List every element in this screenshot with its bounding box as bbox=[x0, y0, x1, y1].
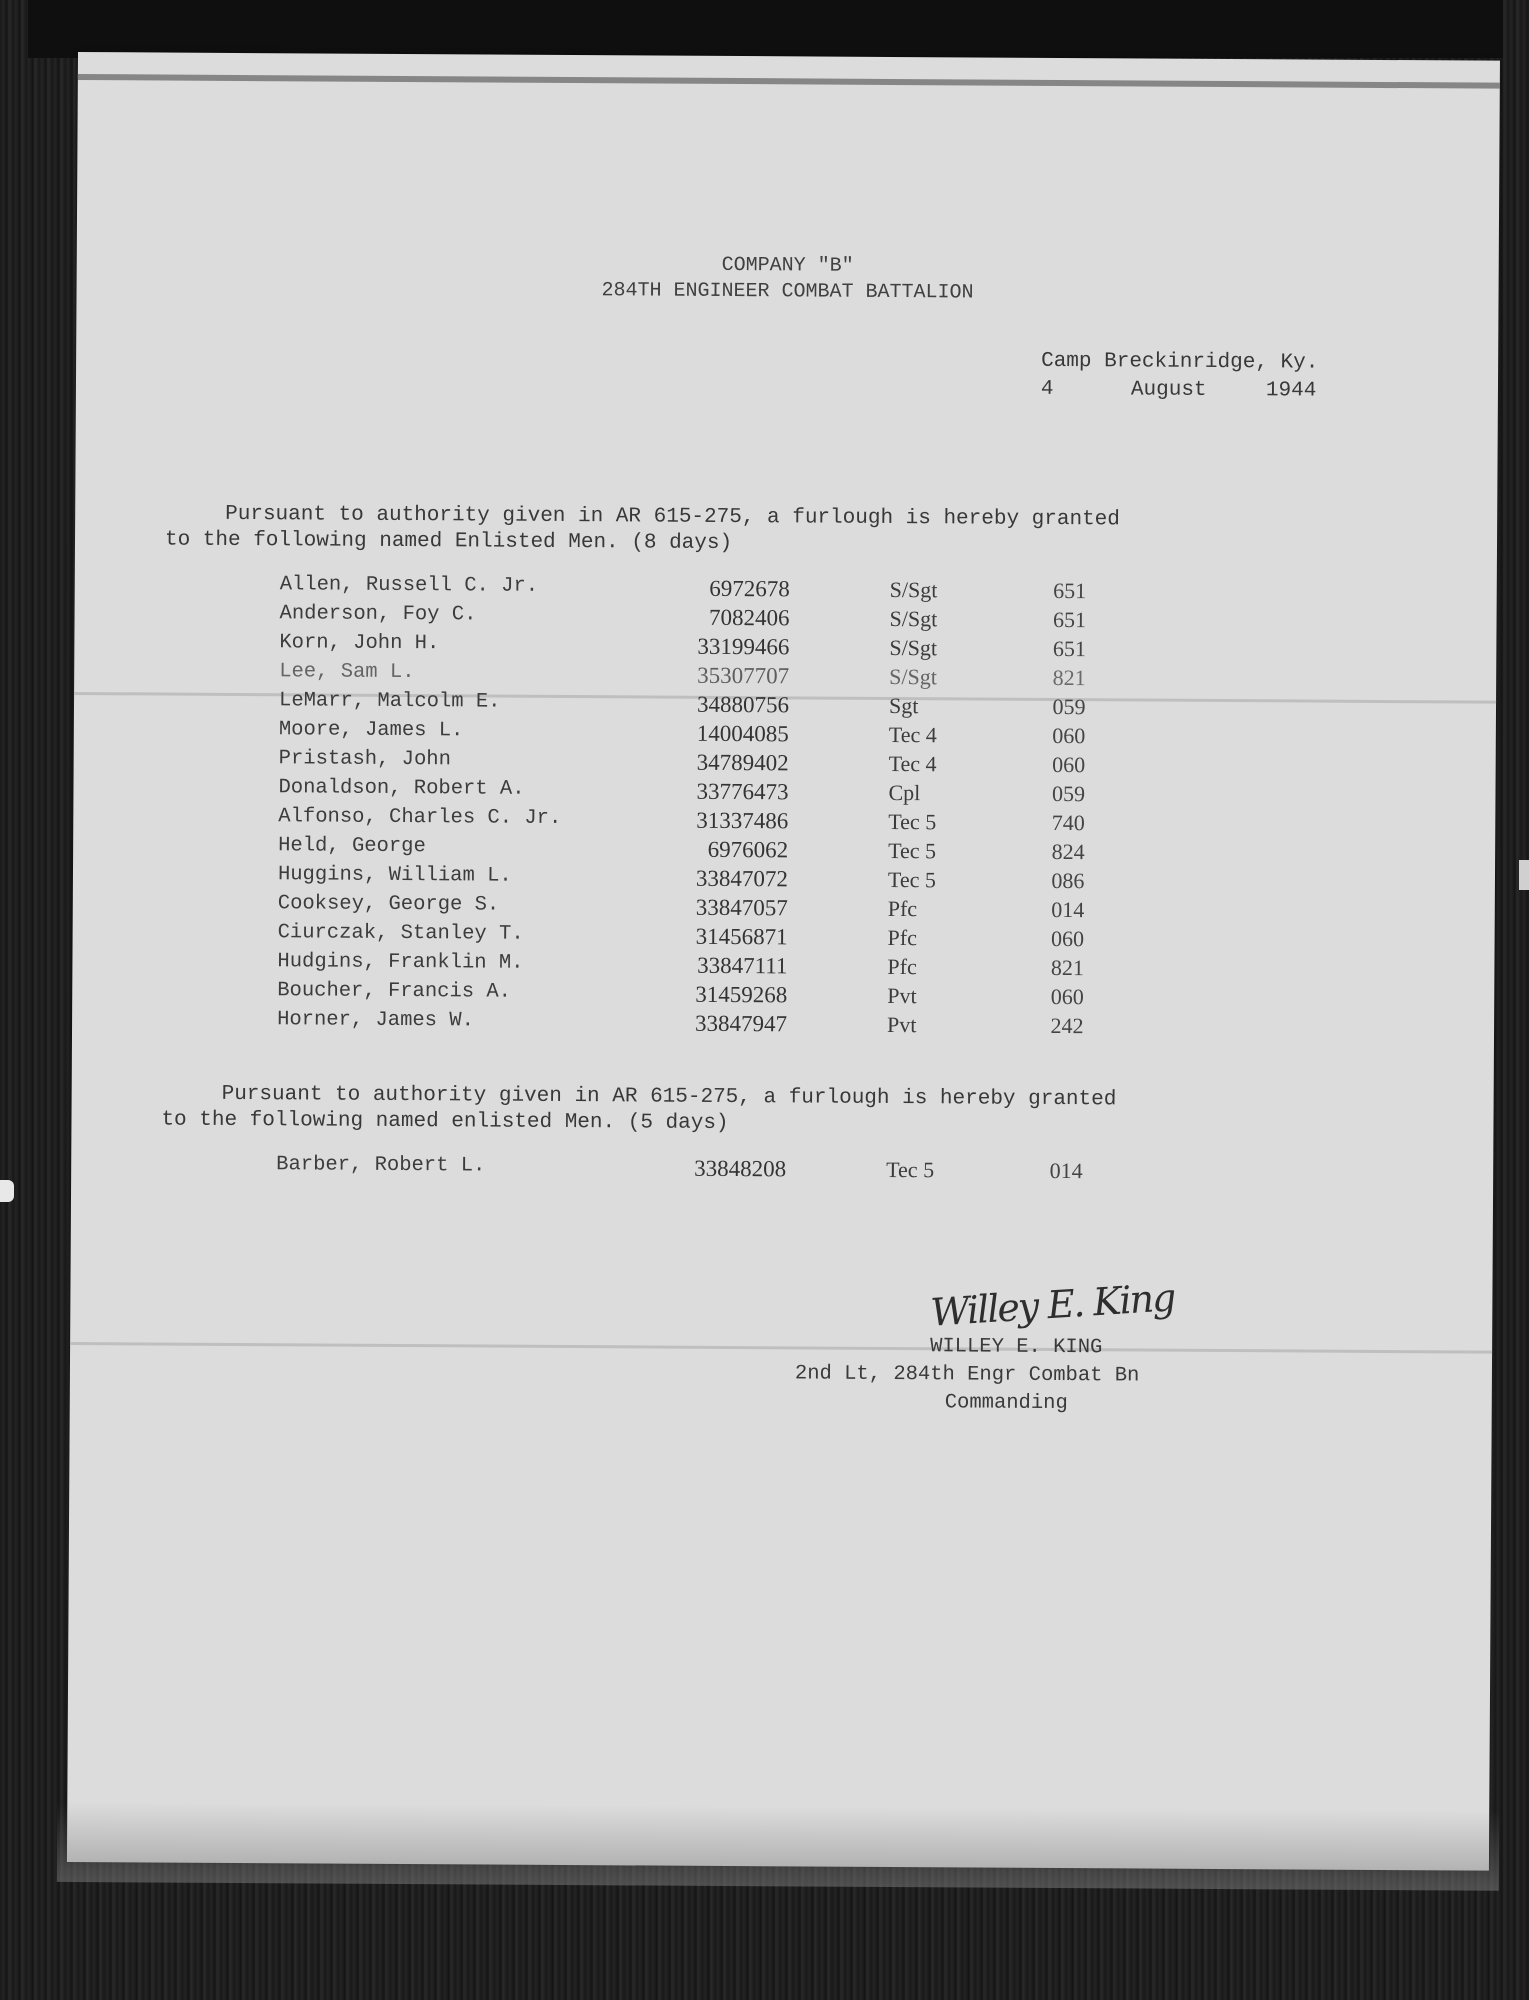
soldier-name: Donaldson, Robert A. bbox=[278, 776, 524, 801]
serial-number: 33847111 bbox=[607, 952, 787, 979]
serial-number: 31459268 bbox=[607, 981, 787, 1008]
serial-number: 14004085 bbox=[609, 720, 789, 747]
rank: S/Sgt bbox=[889, 606, 937, 632]
soldier-name: Korn, John H. bbox=[279, 631, 439, 655]
mos-code: 059 bbox=[1023, 781, 1113, 808]
serial-number: 33199466 bbox=[609, 633, 789, 660]
rank: Sgt bbox=[889, 693, 919, 719]
date-year: 1944 bbox=[1266, 379, 1317, 402]
soldier-name: Lee, Sam L. bbox=[279, 660, 414, 684]
rank: Cpl bbox=[888, 780, 920, 806]
mos-code: 059 bbox=[1024, 694, 1114, 721]
soldier-name: Horner, James W. bbox=[277, 1008, 474, 1032]
scan-artifact bbox=[0, 1180, 14, 1202]
serial-number: 7082406 bbox=[609, 604, 789, 631]
rank: Pfc bbox=[887, 954, 916, 980]
rank: Tec 5 bbox=[886, 1157, 934, 1183]
furlough-intro-5-days-line2: to the following named enlisted Men. (5 … bbox=[161, 1109, 728, 1135]
serial-number: 33847947 bbox=[607, 1010, 787, 1037]
serial-number: 33847072 bbox=[608, 865, 788, 892]
mos-code: 824 bbox=[1023, 839, 1113, 866]
mos-code: 060 bbox=[1022, 984, 1112, 1011]
serial-number: 31456871 bbox=[608, 923, 788, 950]
mos-code: 060 bbox=[1024, 723, 1114, 750]
soldier-name: Anderson, Foy C. bbox=[280, 602, 477, 626]
document-page: COMPANY "B" 284TH ENGINEER COMBAT BATTAL… bbox=[67, 52, 1500, 1871]
soldier-name: Ciurczak, Stanley T. bbox=[278, 921, 524, 946]
furlough-intro-8-days-line1: Pursuant to authority given in AR 615-27… bbox=[225, 503, 1120, 531]
microfilm-top-band bbox=[28, 0, 1503, 58]
soldier-name: Pristash, John bbox=[279, 747, 451, 771]
signatory-title: 2nd Lt, 284th Engr Combat Bn bbox=[795, 1362, 1140, 1387]
scan-artifact bbox=[1519, 860, 1529, 890]
date-month: August bbox=[1131, 378, 1207, 401]
mos-code: 060 bbox=[1023, 926, 1113, 953]
signatory-role: Commanding bbox=[945, 1391, 1068, 1415]
signatory-name: WILLEY E. KING bbox=[930, 1335, 1102, 1359]
mos-code: 242 bbox=[1022, 1013, 1112, 1040]
soldier-name: Boucher, Francis A. bbox=[277, 979, 511, 1003]
rank: Tec 4 bbox=[889, 751, 937, 777]
mos-code: 014 bbox=[1021, 1158, 1111, 1185]
location: Camp Breckinridge, Ky. bbox=[1041, 350, 1318, 375]
fold-line bbox=[78, 74, 1500, 89]
mos-code: 060 bbox=[1024, 752, 1114, 779]
rank: S/Sgt bbox=[890, 577, 938, 603]
soldier-name: Huggins, William L. bbox=[278, 863, 512, 887]
furlough-intro-8-days-line2: to the following named Enlisted Men. (8 … bbox=[165, 529, 732, 555]
soldier-name: Barber, Robert L. bbox=[276, 1153, 485, 1177]
soldier-name: LeMarr, Malcolm E. bbox=[279, 689, 501, 713]
rank: S/Sgt bbox=[889, 664, 937, 690]
rank: Tec 4 bbox=[889, 722, 937, 748]
serial-number: 34789402 bbox=[609, 749, 789, 776]
rank: Pfc bbox=[888, 896, 917, 922]
battalion-heading: 284TH ENGINEER COMBAT BATTALION bbox=[76, 276, 1498, 308]
soldier-name: Moore, James L. bbox=[279, 718, 464, 742]
mos-code: 740 bbox=[1023, 810, 1113, 837]
serial-number: 34880756 bbox=[609, 691, 789, 718]
furlough-intro-5-days-line1: Pursuant to authority given in AR 615-27… bbox=[222, 1083, 1117, 1111]
date-day: 4 bbox=[1041, 378, 1054, 401]
serial-number: 6972678 bbox=[610, 575, 790, 602]
mos-code: 651 bbox=[1025, 578, 1115, 605]
serial-number: 33776473 bbox=[608, 778, 788, 805]
mos-code: 014 bbox=[1023, 897, 1113, 924]
rank: Pfc bbox=[888, 925, 917, 951]
serial-number: 33848208 bbox=[606, 1155, 786, 1182]
rank: Pvt bbox=[887, 983, 917, 1009]
fold-line bbox=[70, 1342, 1492, 1354]
soldier-name: Allen, Russell C. Jr. bbox=[280, 573, 538, 598]
rank: Tec 5 bbox=[888, 867, 936, 893]
rank: Tec 5 bbox=[888, 809, 936, 835]
soldier-name: Alfonso, Charles C. Jr. bbox=[278, 805, 561, 830]
mos-code: 821 bbox=[1024, 665, 1114, 692]
rank: S/Sgt bbox=[889, 635, 937, 661]
mos-code: 821 bbox=[1022, 955, 1112, 982]
mos-code: 086 bbox=[1023, 868, 1113, 895]
soldier-name: Held, George bbox=[278, 834, 426, 858]
soldier-name: Hudgins, Franklin M. bbox=[277, 950, 523, 975]
serial-number: 6976062 bbox=[608, 836, 788, 863]
serial-number: 33847057 bbox=[608, 894, 788, 921]
mos-code: 651 bbox=[1024, 636, 1114, 663]
serial-number: 31337486 bbox=[608, 807, 788, 834]
mos-code: 651 bbox=[1024, 607, 1114, 634]
rank: Tec 5 bbox=[888, 838, 936, 864]
rank: Pvt bbox=[887, 1012, 917, 1038]
soldier-name: Cooksey, George S. bbox=[278, 892, 500, 916]
serial-number: 35307707 bbox=[609, 662, 789, 689]
handwritten-signature: Willey E. King bbox=[929, 1275, 1175, 1334]
